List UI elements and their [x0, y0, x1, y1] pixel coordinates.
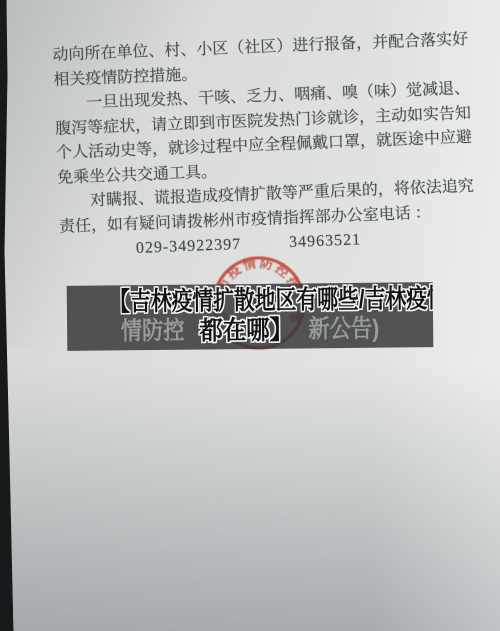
caption-line-2: 情防控 都在哪】 新公告) [67, 313, 433, 347]
caption-title-line2: 都在哪】 [199, 315, 293, 346]
paper-shadow-bottom [0, 366, 500, 631]
caption-title-line1: 【吉林疫情扩散地区有哪些/吉林疫情 [109, 283, 433, 317]
hotline-number-2: 34963521 [289, 231, 362, 251]
caption-line-1: 【吉林疫情扩散地区有哪些/吉林疫情 [67, 283, 433, 317]
spacer [241, 247, 289, 249]
document-text-block: 动向所在单位、村、小区（社区）进行报备，并配合落实好 相关疫情防控措施。 一旦出… [52, 28, 484, 265]
document-photo: 动向所在单位、村、小区（社区）进行报备，并配合落实好 相关疫情防控措施。 一旦出… [0, 0, 500, 631]
paper-sheet: 动向所在单位、村、小区（社区）进行报备，并配合落实好 相关疫情防控措施。 一旦出… [0, 0, 500, 631]
caption-watermark-left: 情防控 [120, 316, 184, 347]
caption-watermark-right: 新公告) [308, 314, 379, 345]
caption-overlay-band: 【吉林疫情扩散地区有哪些/吉林疫情 情防控 都在哪】 新公告) [67, 282, 434, 351]
